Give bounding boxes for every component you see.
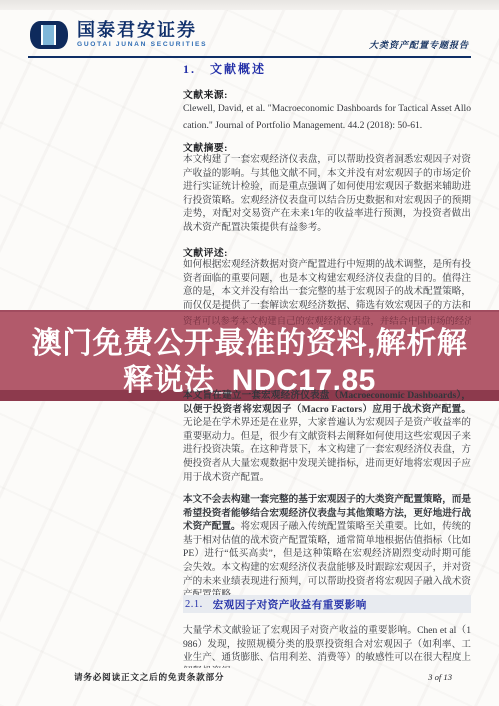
source-citation: Clewell, David, et al. "Macroeconomic Da… [183, 100, 471, 134]
brand-name-en: GUOTAI JUNAN SECURITIES [77, 42, 207, 49]
report-page: 国泰君安证券 GUOTAI JUNAN SECURITIES 大类资产配置专题报… [0, 0, 499, 706]
subsection-heading: 2.1. 宏观因子对资产收益有重要影响 [183, 595, 471, 613]
page-number: 3 of 13 [428, 672, 452, 682]
intro-paragraph: 本文旨在建立一套宏观经济仪表盘（Macroeconomic Dashboards… [183, 389, 471, 484]
abstract-label: 文献摘要: [183, 140, 471, 154]
review-text: 如何根据宏观经济数据对资产配置进行中短期的战术调整，是所有投资者面临的重要问题，… [183, 258, 471, 314]
brand-text: 国泰君安证券 GUOTAI JUNAN SECURITIES [77, 21, 207, 49]
report-type-label: 大类资产配置专题报告 [369, 38, 469, 51]
guotai-junan-logo-icon [30, 21, 68, 49]
overlay-banner: 资者可以参考本文构建自己的宏观经济仪表盘，并结合中国市场的经济金融 澳门免费公开… [0, 310, 499, 401]
subsection-title: 宏观因子对资产收益有重要影响 [213, 597, 367, 612]
banner-title: 澳门免费公开最准的资料,解析解释说法_NDC17.85 [24, 325, 476, 399]
subsection-number: 2.1. [185, 599, 203, 610]
source-label: 文献来源: [183, 87, 471, 101]
brand-name-cn: 国泰君安证券 [77, 21, 207, 39]
abstract-text: 本文构建了一套宏观经济仪表盘，可以帮助投资者洞悉宏观因子对资产收益的影响。与其他… [183, 153, 471, 235]
intro-paragraph-rest: 无论是在学术界还是在业界，大家普遍认为宏观因子是资产收益率的重要驱动力。但是，很… [183, 417, 471, 482]
section-1-heading: 1. 文献概述 [183, 60, 471, 77]
logo-lens-shape [41, 25, 56, 45]
review-label: 文献评述: [183, 245, 471, 259]
strategy-paragraph-rest: 将宏观因子融入传统配置策略至关重要。比如，传统的基于相对估值的战术资产配置策略，… [183, 521, 471, 600]
strategy-paragraph: 本文不会去构建一套完整的基于宏观因子的大类资产配置策略，而是希望投资者能够结合宏… [183, 493, 471, 602]
intro-paragraph-bold: 本文旨在建立一套宏观经济仪表盘（Macroeconomic Dashboards… [183, 390, 471, 415]
page-top-edge [0, 0, 499, 10]
footer-disclaimer: 请务必阅读正文之后的免责条款部分 [74, 671, 224, 683]
macro-impact-paragraph: 大量学术文献验证了宏观因子对资产收益的重要影响。Chen et al（1986）… [183, 624, 471, 668]
header-divider [28, 56, 471, 58]
header-brand: 国泰君安证券 GUOTAI JUNAN SECURITIES [30, 21, 207, 49]
